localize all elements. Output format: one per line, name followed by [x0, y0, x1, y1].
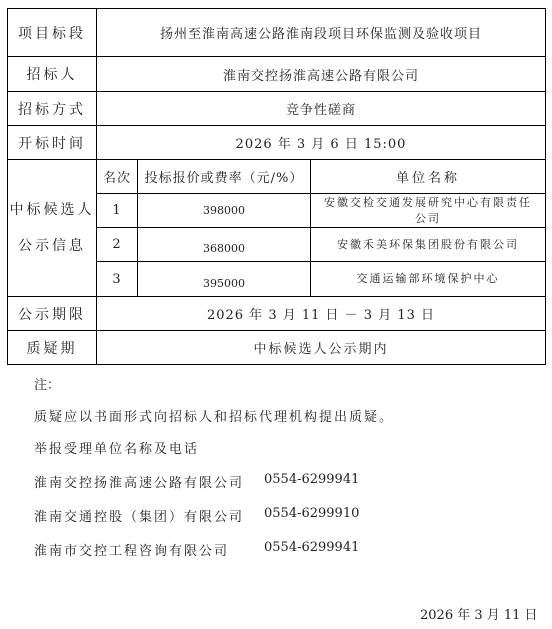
tenderer-label: 招标人 — [8, 57, 97, 92]
row-open-time: 开标时间 2026 年 3 月 6 日 15:00 — [8, 126, 546, 160]
notes-line1: 质疑应以书面形式向招标人和招标代理机构提出质疑。 — [34, 406, 394, 425]
publicity-period-label: 公示期限 — [8, 297, 97, 331]
candidate-company: 安徽交检交通发展研究中心有限责任公司 — [311, 194, 546, 228]
row-query-period: 质疑期 中标候选人公示期内 — [8, 331, 546, 365]
row-tenderer: 招标人 淮南交控扬淮高速公路有限公司 — [8, 57, 546, 92]
header-rank: 名次 — [97, 160, 138, 194]
publicity-period-value: 2026 年 3 月 11 日 － 3 月 13 日 — [97, 297, 546, 331]
row-candidates-header: 中标候选人 公示信息 名次 投标报价或费率（元/%） 单位名称 — [8, 160, 546, 194]
header-company: 单位名称 — [311, 160, 546, 194]
contact-name: 淮南市交控工程咨询有限公司 — [34, 540, 229, 559]
candidate-price: 368000 — [138, 228, 311, 262]
query-period-value: 中标候选人公示期内 — [97, 331, 546, 365]
project-value: 扬州至淮南高速公路淮南段项目环保监测及验收项目 — [97, 9, 546, 57]
announcement-date: 2026 年 3 月 11 日 — [420, 604, 538, 623]
contact-phone: 0554-6299910 — [264, 506, 359, 521]
method-label: 招标方式 — [8, 92, 97, 126]
candidates-label-line1: 中标候选人 — [8, 192, 96, 228]
candidates-label: 中标候选人 公示信息 — [8, 160, 97, 297]
candidate-rank: 1 — [97, 194, 138, 228]
tenderer-value: 淮南交控扬淮高速公路有限公司 — [97, 57, 546, 92]
method-value: 竞争性磋商 — [97, 92, 546, 126]
candidate-price: 395000 — [138, 262, 311, 297]
notes-title: 注： — [34, 374, 60, 393]
candidates-label-line2: 公示信息 — [8, 228, 96, 264]
header-price: 投标报价或费率（元/%） — [138, 160, 311, 194]
candidate-rank: 3 — [97, 262, 138, 297]
contact-phone: 0554-6299941 — [264, 472, 359, 487]
candidate-company: 交通运输部环境保护中心 — [311, 262, 546, 297]
row-project: 项目标段 扬州至淮南高速公路淮南段项目环保监测及验收项目 — [8, 9, 546, 57]
contact-name: 淮南交控扬淮高速公路有限公司 — [34, 472, 244, 491]
contact-phone: 0554-6299941 — [264, 540, 359, 555]
contact-name: 淮南交通控股（集团）有限公司 — [34, 506, 244, 525]
project-label: 项目标段 — [8, 9, 97, 57]
open-time-value: 2026 年 3 月 6 日 15:00 — [97, 126, 546, 160]
query-period-label: 质疑期 — [8, 331, 97, 365]
candidate-company: 安徽禾美环保集团股份有限公司 — [311, 228, 546, 262]
open-time-label: 开标时间 — [8, 126, 97, 160]
candidate-price: 398000 — [138, 194, 311, 228]
row-publicity-period: 公示期限 2026 年 3 月 11 日 － 3 月 13 日 — [8, 297, 546, 331]
announcement-table: 项目标段 扬州至淮南高速公路淮南段项目环保监测及验收项目 招标人 淮南交控扬淮高… — [7, 8, 546, 365]
notes-line2: 举报受理单位名称及电话 — [34, 438, 199, 457]
candidate-rank: 2 — [97, 228, 138, 262]
row-method: 招标方式 竞争性磋商 — [8, 92, 546, 126]
